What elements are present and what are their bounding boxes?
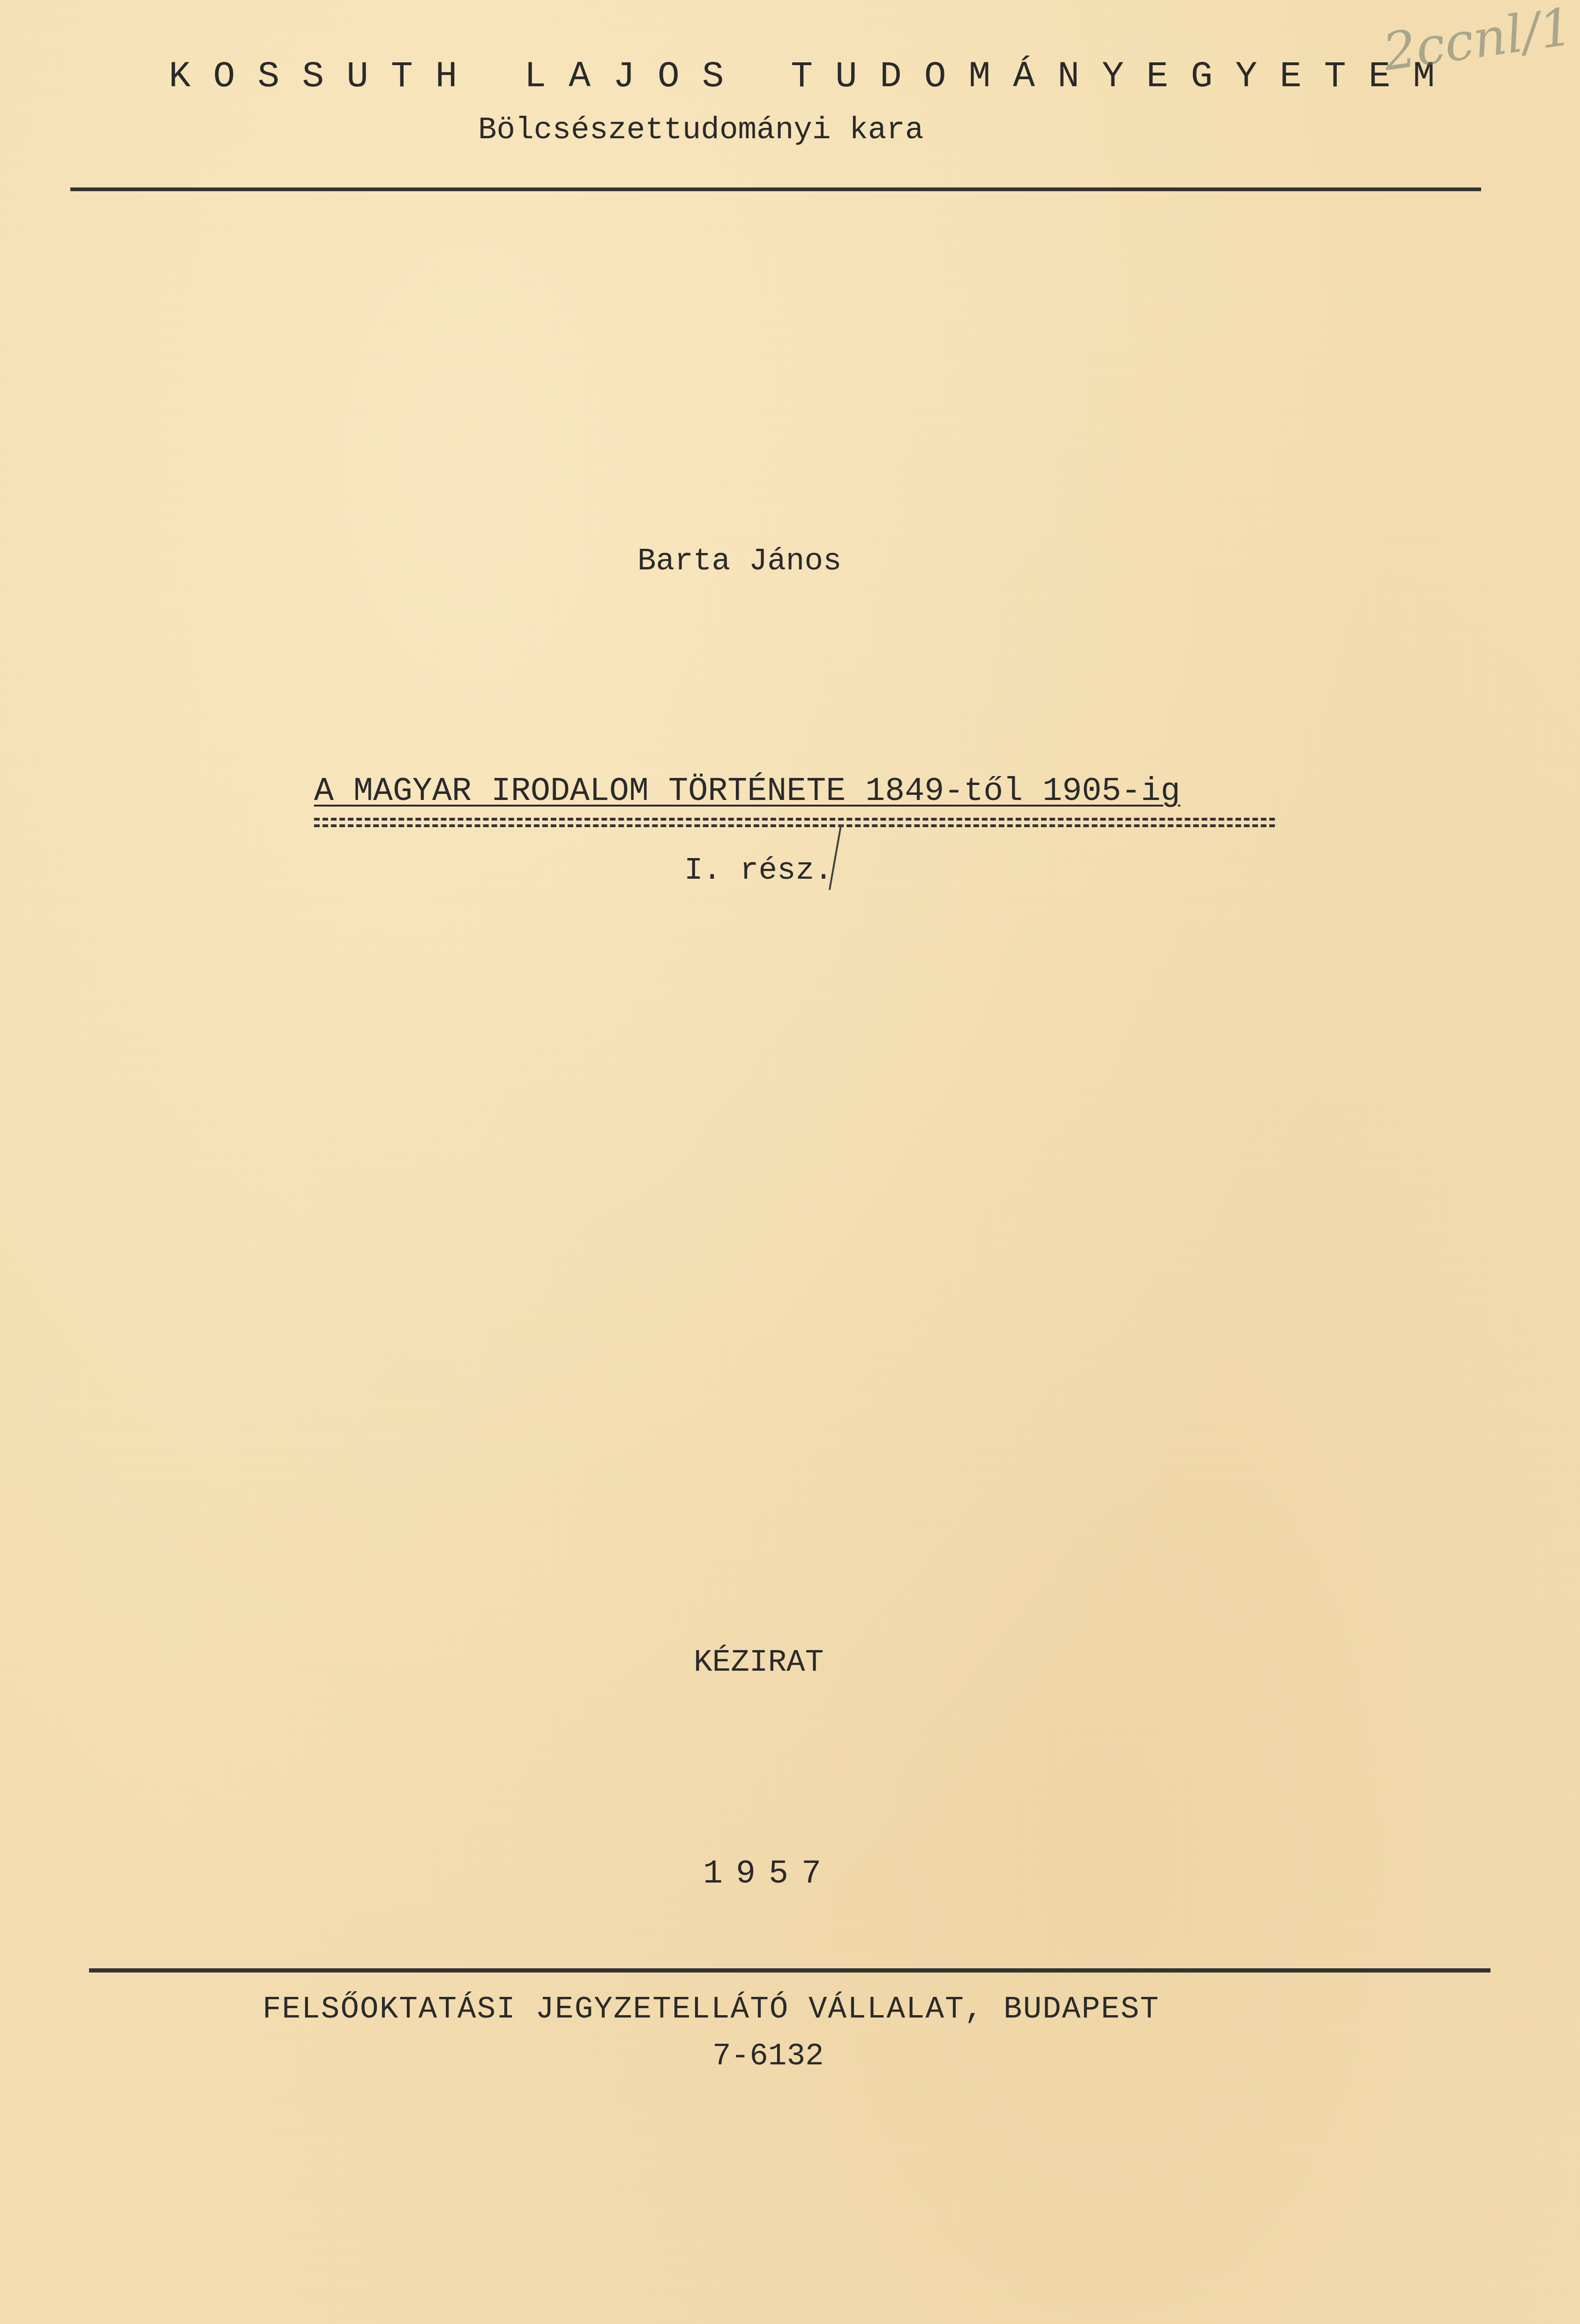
- part-label: I. rész.: [684, 853, 833, 888]
- manuscript-label: KÉZIRAT: [694, 1645, 824, 1680]
- publication-code: 7-6132: [712, 2039, 824, 2074]
- faculty-name: Bölcsészettudományi kara: [478, 112, 924, 148]
- university-name: KOSSUTH LAJOS TUDOMÁNYEGYETEM: [169, 56, 1457, 97]
- footer-divider: [89, 1968, 1490, 1973]
- publisher-name: FELSŐOKTATÁSI JEGYZETELLÁTÓ VÁLLALAT, BU…: [262, 1992, 1160, 2027]
- title-double-underline: [314, 818, 1275, 827]
- publication-year: 1957: [703, 1856, 834, 1893]
- handwritten-pencil-note: 2ccnl/1: [1379, 0, 1576, 82]
- header-divider: [70, 187, 1481, 191]
- author-name: Barta János: [637, 544, 842, 579]
- document-title: A MAGYAR IRODALOM TÖRTÉNETE 1849-től 190…: [314, 773, 1180, 810]
